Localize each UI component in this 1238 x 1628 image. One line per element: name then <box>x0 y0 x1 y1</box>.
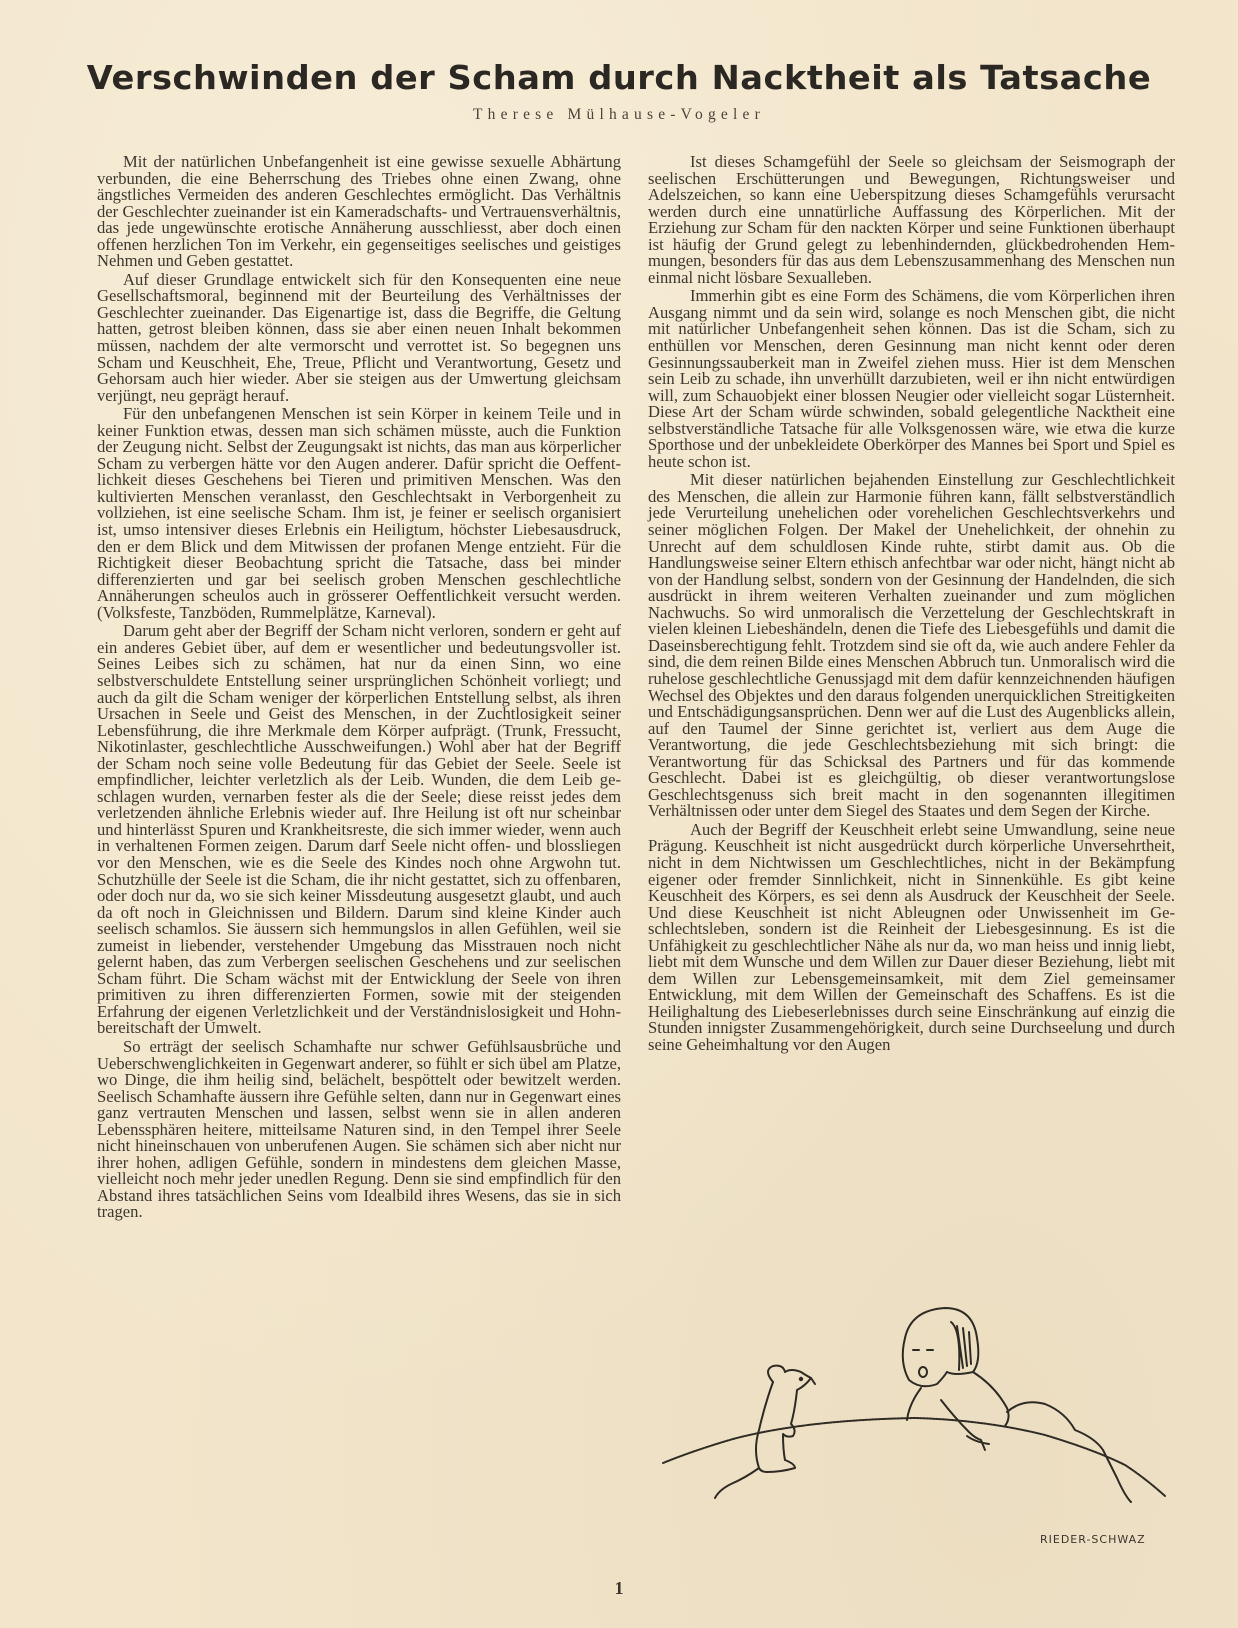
article-title: Verschwinden der Scham durch Nacktheit a… <box>0 58 1238 97</box>
paragraph: Für den unbefangenen Menschen ist sein K… <box>97 406 621 621</box>
article-author: Therese Mülhause-Vogeler <box>0 106 1238 124</box>
hill-outline <box>663 1418 1165 1496</box>
paragraph: Auch der Begriff der Keuschheit erlebt s… <box>648 822 1175 1054</box>
paragraph: Auf dieser Grundlage entwickelt sich für… <box>97 272 621 404</box>
paragraph: So erträgt der seelisch Schamhafte nur s… <box>97 1039 621 1221</box>
paragraph: Darum geht aber der Begriff der Scham ni… <box>97 623 621 1037</box>
child-figure-icon <box>903 1308 1131 1502</box>
magazine-page: Verschwinden der Scham durch Nacktheit a… <box>0 0 1238 1628</box>
page-number: 1 <box>0 1578 1238 1599</box>
child-and-mouse-illustration <box>655 1300 1175 1550</box>
paragraph: Mit der natürlichen Unbefangenheit ist e… <box>97 154 621 270</box>
paragraph: Immerhin gibt es eine Form des Schämens,… <box>648 288 1175 470</box>
paragraph: Ist dieses Schamgefühl der Seele so glei… <box>648 154 1175 286</box>
paragraph: Mit dieser natürlichen bejahenden Einste… <box>648 472 1175 819</box>
illustrator-signature: RIEDER-SCHWAZ <box>1040 1533 1146 1546</box>
left-column: Mit der natürlichen Unbefangenheit ist e… <box>97 154 621 1221</box>
right-column: Ist dieses Schamgefühl der Seele so glei… <box>648 154 1175 1054</box>
